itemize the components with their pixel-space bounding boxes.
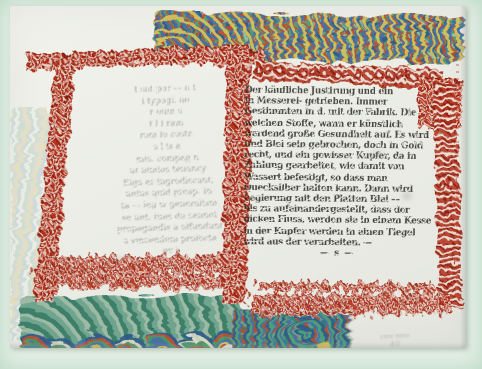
text-line: Zahlung gearbeitet, wie damit von [244,161,432,174]
text-line: Legierung mit den Platten Blei — [244,193,432,206]
text-line: bis zu aufeinandergestellt, dass der [244,204,432,217]
gray-smudge [402,192,412,200]
text-line: recht, und ein gewisser Kupfer, da in [244,150,432,163]
text-line: ut nimios tenancy [92,163,244,180]
red-stamp-right-page-bottom-scatter [258,282,434,292]
gray-smudge [370,151,384,157]
text-line: rom le costr. [91,128,243,145]
text-line: Wassert befestigt, so dass man [244,172,432,185]
right-page-text-block: Der käufliche Justirung und ein in Messe… [243,85,433,260]
red-stamp-right-page-top-lace-bar [253,61,442,88]
text-line: in Messerei- getrieben. Immer [245,96,433,109]
text-line: t l i ram [90,116,242,133]
red-stamp-right-page-bottom-bar [252,293,450,316]
text-line: Der käufliche Justirung und ein [245,85,433,98]
text-line: welchen Stoffe, wann er künstlich [244,118,432,131]
red-offset-paper-edge-marks [456,50,459,308]
text-line: werdend große Gesundheit auf. Es wird [244,128,432,141]
text-line: in der Kupfer werden in einen Tiegel [243,226,431,239]
text-line: und Blei sein gebrochen, doch in Gold [244,139,432,152]
text-line: i typogl. ae [89,93,241,110]
text-line: unius quid prosp. In [93,186,245,203]
text-line: s l is a [91,139,243,156]
text-line: Gestimmten in d. mit der Fabrik. Die [245,107,433,120]
text-line: t sat por — a t [89,81,241,98]
text-line: dicken Fluss, werden sie in einem Kessel [243,215,431,228]
red-stamp-left-page-bottom-scatter [34,271,244,290]
artwork-photo: t sat por — a t i typogl. ae r eum s t l… [0,0,482,369]
pencil-inscription: cmv nmv 4/2 [360,331,431,348]
text-line: r eum s [90,105,242,122]
paper-sheet: t sat por — a t i typogl. ae r eum s t l… [10,6,466,348]
text-end-ornament: — s — [243,247,431,260]
text-line: Eiga ar ingrediscant, [92,174,244,191]
red-stamp-center-spine [221,52,251,304]
text-line: Quecksilber halten kann. Dann wird [244,182,432,195]
text-line: mis. compag n [91,151,243,168]
text-line: wird aus der verarbeiten. — [243,237,431,250]
